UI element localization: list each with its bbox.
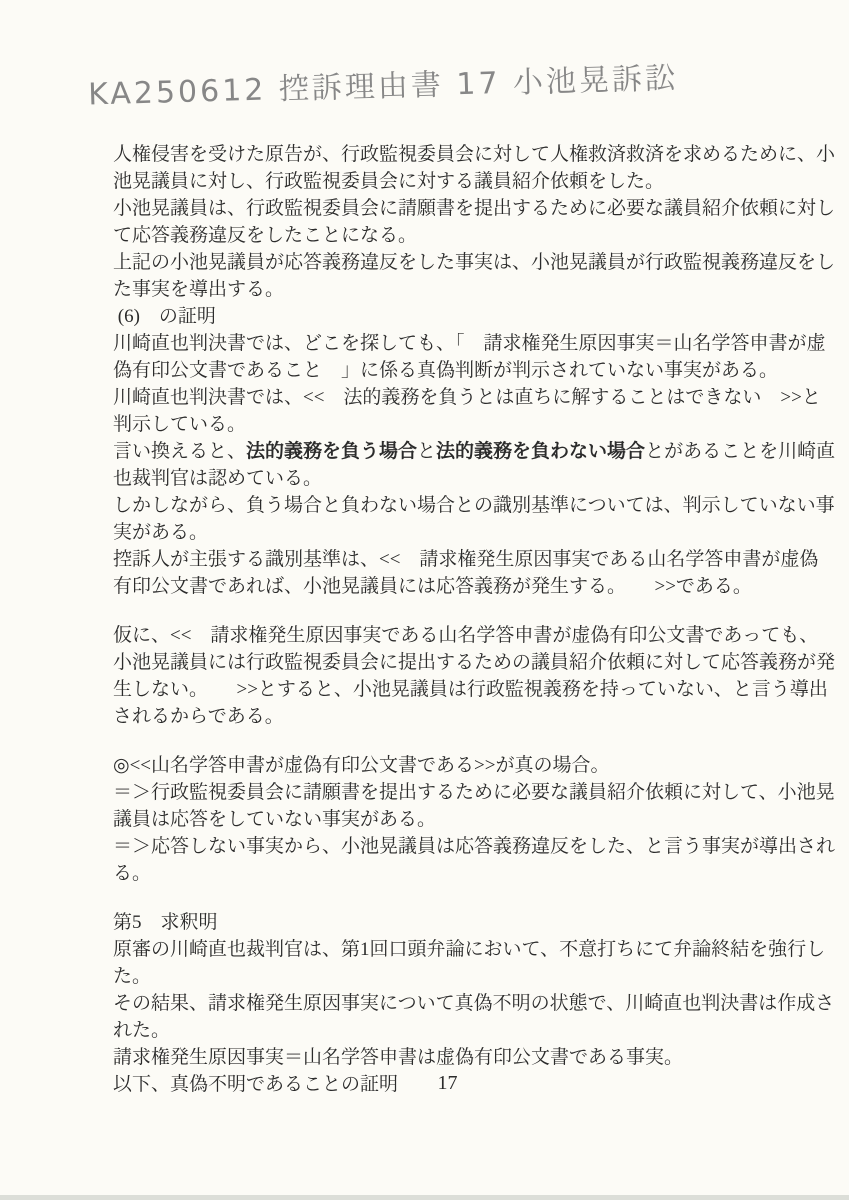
text-run: ＝＞応答しない事実から、小池晃議員は応答義務違反をした、と言う事実が導出される。 [113, 836, 835, 884]
paragraph: 人権侵害を受けた原告が、行政監視委員会に対して人権救済救済を求めるために、小池晃… [113, 141, 837, 195]
paragraph: 第5 求釈明 [113, 909, 837, 936]
paragraph: 控訴人が主張する識別基準は、<< 請求権発生原因事実である山名学答申書が虚偽有印… [113, 546, 837, 600]
paragraph: (6) の証明 [113, 303, 837, 330]
paragraph: 小池晃議員は、行政監視委員会に請願書を提出するために必要な議員紹介依頼に対して応… [113, 195, 837, 249]
paragraph: 川崎直也判決書では、どこを探しても、「 請求権発生原因事実＝山名学答申書が虚偽有… [113, 330, 837, 384]
paragraph: 言い換えると、法的義務を負う場合と法的義務を負わない場合とがあることを川崎直也裁… [113, 438, 837, 492]
text-run: ＝＞行政監視委員会に請願書を提出するために必要な議員紹介依頼に対して、小池晃議員… [113, 782, 835, 830]
emphasized-text-run: 法的義務を負う場合 [246, 441, 417, 462]
text-run: 上記の小池晃議員が応答義務違反をした事実は、小池晃議員が行政監視義務違反をした事… [113, 252, 835, 300]
paragraph: 原審の川崎直也裁判官は、第1回口頭弁論において、不意打ちにて弁論終結を強行した。 [113, 936, 837, 990]
text-run: 川崎直也判決書では、どこを探しても、「 請求権発生原因事実＝山名学答申書が虚偽有… [113, 333, 826, 381]
paragraph: 上記の小池晃議員が応答義務違反をした事実は、小池晃議員が行政監視義務違反をした事… [113, 249, 837, 303]
text-run: (6) の証明 [113, 306, 216, 327]
scanned-document-page: KA250612 控訴理由書 17 小池晃訴訟 人権侵害を受けた原告が、行政監視… [0, 0, 849, 1200]
paragraph: ＝＞応答しない事実から、小池晃議員は応答義務違反をした、と言う事実が導出される。 [113, 833, 837, 887]
text-run: 小池晃議員は、行政監視委員会に請願書を提出するために必要な議員紹介依頼に対して応… [113, 198, 835, 246]
text-run: 人権侵害を受けた原告が、行政監視委員会に対して人権救済救済を求めるために、小池晃… [113, 144, 835, 192]
text-run: 仮に、<< 請求権発生原因事実である山名学答申書が虚偽有印公文書であっても、小池… [113, 625, 835, 727]
text-run: 控訴人が主張する識別基準は、<< 請求権発生原因事実である山名学答申書が虚偽有印… [113, 549, 818, 597]
paragraph: ◎<<山名学答申書が虚偽有印公文書である>>が真の場合。 [113, 752, 837, 779]
paragraph: その結果、請求権発生原因事実について真偽不明の状態で、川崎直也判決書は作成された… [113, 990, 837, 1044]
paragraph: ＝＞行政監視委員会に請願書を提出するために必要な議員紹介依頼に対して、小池晃議員… [113, 779, 837, 833]
text-run: 原審の川崎直也裁判官は、第1回口頭弁論において、不意打ちにて弁論終結を強行した。 [113, 939, 825, 987]
text-run: 川崎直也判決書では、<< 法的義務を負うとは直ちに解することはできない >>と判… [113, 387, 821, 435]
text-run: しかしながら、負う場合と負わない場合との識別基準については、判示していない事実が… [113, 495, 835, 543]
paragraph: しかしながら、負う場合と負わない場合との識別基準については、判示していない事実が… [113, 492, 837, 546]
text-run: 請求権発生原因事実＝山名学答申書は虚偽有印公文書である事実。 [113, 1047, 683, 1068]
handwritten-header-note: KA250612 控訴理由書 17 小池晃訴訟 [88, 51, 769, 114]
paragraph: 川崎直也判決書では、<< 法的義務を負うとは直ちに解することはできない >>と判… [113, 384, 837, 438]
text-run: 第5 求釈明 [113, 912, 218, 933]
paragraph: 請求権発生原因事実＝山名学答申書は虚偽有印公文書である事実。 [113, 1044, 837, 1071]
scanner-edge-shadow [0, 1195, 849, 1200]
text-run: ◎<<山名学答申書が虚偽有印公文書である>>が真の場合。 [113, 755, 609, 776]
text-run: その結果、請求権発生原因事実について真偽不明の状態で、川崎直也判決書は作成された… [113, 993, 834, 1041]
page-number: 17 [0, 1072, 849, 1095]
paragraph: 仮に、<< 請求権発生原因事実である山名学答申書が虚偽有印公文書であっても、小池… [113, 622, 837, 730]
text-run: と [417, 441, 436, 462]
document-body: 人権侵害を受けた原告が、行政監視委員会に対して人権救済救済を求めるために、小池晃… [113, 141, 837, 1098]
text-run: 言い換えると、 [113, 441, 246, 462]
emphasized-text-run: 法的義務を負わない場合 [436, 441, 645, 462]
